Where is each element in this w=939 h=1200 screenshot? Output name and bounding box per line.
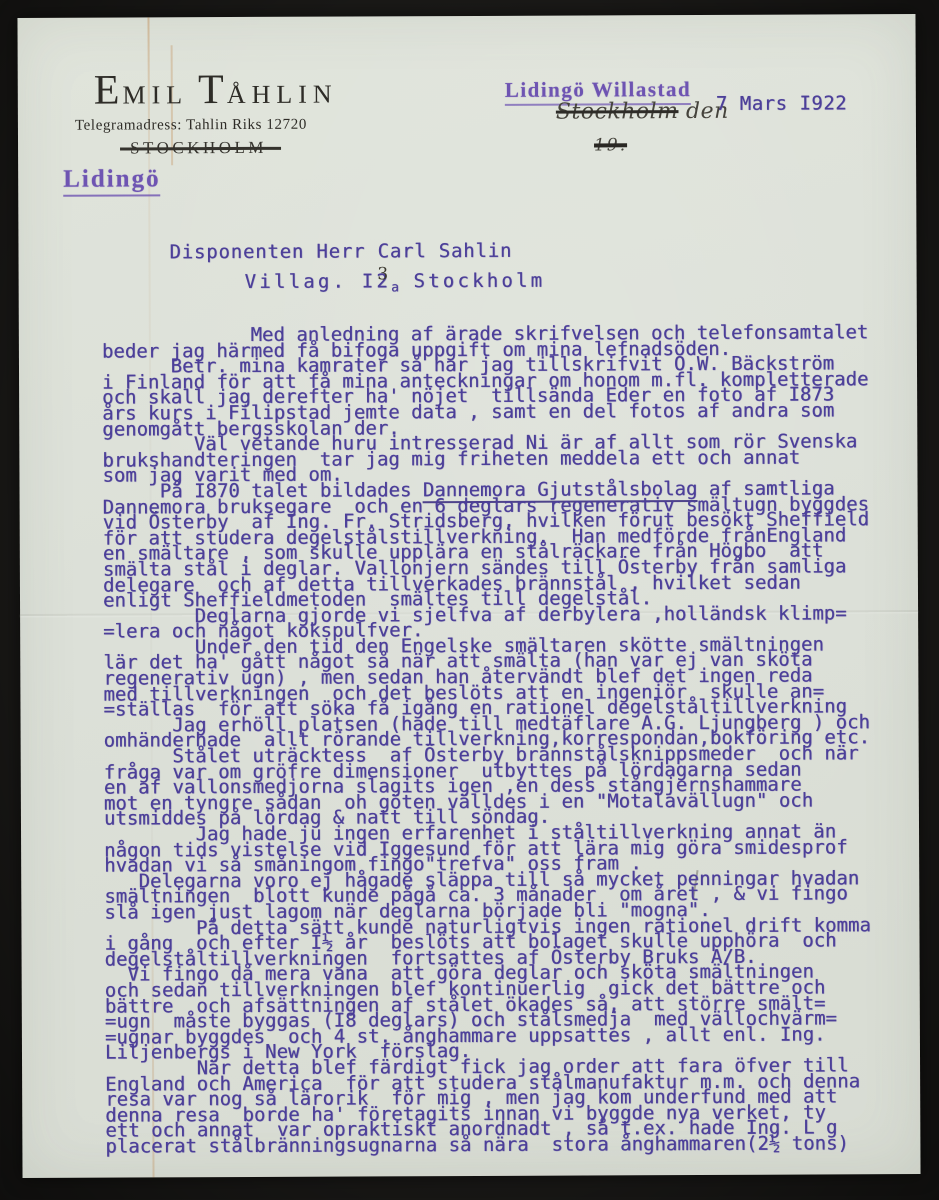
struck-printed-year: 19. bbox=[594, 135, 627, 155]
recipient-name: Disponenten Herr Carl Sahlin bbox=[169, 240, 512, 263]
struck-place-stockholm: Stockholm bbox=[556, 99, 679, 125]
lidingo-stamp: Lidingö bbox=[63, 165, 161, 196]
letter-paper: EMILTÅHLIN Telegramadress: Tahlin Riks 1… bbox=[17, 14, 920, 1178]
handwritten-digit-correction: 3 bbox=[377, 264, 388, 284]
sender-name-part: MIL bbox=[122, 80, 188, 109]
printed-dateline: Stockholm den bbox=[556, 99, 729, 125]
struck-city-stockholm: STOCKHOLM bbox=[130, 138, 267, 159]
recipient-address-prefix: Villag. I bbox=[245, 270, 377, 293]
letter-line: placerat stålbränningsugnarna så nära st… bbox=[105, 1136, 905, 1155]
recipient-address: Villag. I23a Stockholm bbox=[245, 270, 546, 296]
sender-name: EMILTÅHLIN bbox=[94, 68, 354, 111]
telegram-address: Telegramadress: Tahlin Riks 12720 bbox=[75, 117, 307, 135]
sender-name-part: ÅHLIN bbox=[227, 80, 338, 109]
corrected-house-number: 23 bbox=[376, 270, 391, 292]
sender-initial: T bbox=[198, 67, 227, 113]
sender-initial: E bbox=[94, 68, 123, 114]
typed-date: 7 Mars I922 bbox=[716, 92, 847, 115]
recipient-address-city: Stockholm bbox=[399, 270, 545, 293]
letter-body: Med anledning af ärade skrifvelsen och t… bbox=[102, 325, 906, 1155]
